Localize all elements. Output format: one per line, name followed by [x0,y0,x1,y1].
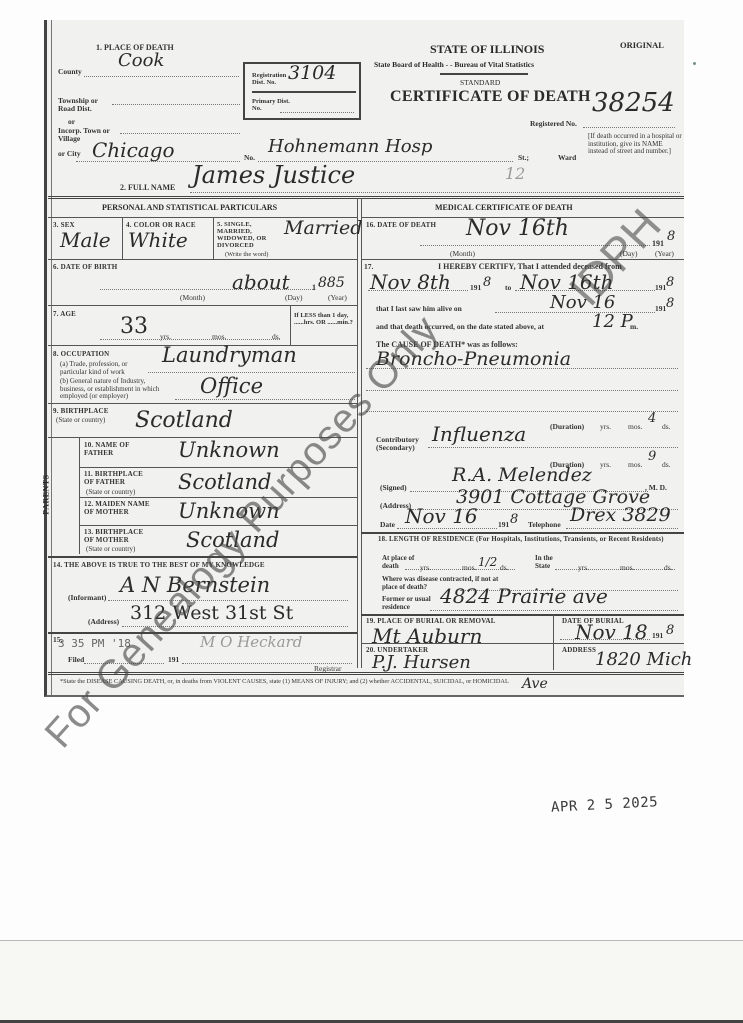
attended-from-value: Nov 8th [370,272,451,292]
marital-status-label: 5. SINGLE, MARRIED, WIDOWED, OR DIVORCED [217,221,287,250]
telephone-value: Drex 3829 [570,506,671,525]
telephone-label: Telephone [528,521,561,529]
registered-no-label: Registered No. [530,120,577,128]
full-name-label: 2. FULL NAME [120,184,175,193]
birthplace-hint: (State or country) [56,417,105,425]
contributory-ds-caption: ds. [662,461,671,469]
cause-duration-yrs-caption: yrs. [600,423,611,431]
received-date-stamp: APR 2 5 2025 [551,794,659,816]
race-value: White [128,230,188,250]
sex-value: Male [60,230,111,250]
city-value: Chicago [92,140,175,160]
title-divider [440,73,528,75]
cause-duration-label: (Duration) [550,423,584,431]
last-seen-year-prefix: 191 [655,305,666,313]
at-place-duration-value: 1/2 [478,556,497,568]
father-birthplace-hint: (State or country) [86,489,135,497]
filed-year-prefix: 191 [168,656,179,664]
signed-date-label: Date [380,521,395,529]
standard-label: STANDARD [460,78,500,87]
township-label: Township or Road Dist. [58,97,108,114]
burial-date-value: Nov 18 [575,622,648,642]
occupation-trade-value: Laundryman [162,345,297,366]
age-years-value: 33 [120,316,148,338]
in-state-ds-caption: ds. [664,564,673,572]
contributory-cause-value: Influenza [432,424,526,444]
margin-note: 12 [505,166,525,182]
in-state-yrs-caption: yrs. [578,564,589,572]
primary-dist-label: Primary Dist. No. [252,98,292,112]
certificate-title: CERTIFICATE OF DEATH [390,88,591,106]
date-of-birth-value: about [232,272,290,292]
month-caption: (Month) [180,294,205,302]
age-mos-caption: mos. [212,333,226,341]
registered-no-value: 38254 [592,90,675,116]
contributory-duration-value: 9 [648,450,656,463]
age-yrs-caption: yrs. [160,333,171,341]
mother-name-label: 12. MAIDEN NAME OF MOTHER [84,501,154,516]
in-state-mos-caption: mos. [620,564,634,572]
age-ds-caption: ds. [272,333,281,341]
copy-type-label: ORIGINAL [620,40,664,50]
burial-year-prefix: 191 [652,632,663,640]
registrar-signature: M O Heckard [200,635,302,650]
city-label: or City [58,150,88,158]
father-name-value: Unknown [178,440,280,461]
less-than-day-label: If LESS than 1 day, ......hrs. OR ......… [294,312,356,326]
date-of-birth-label: 6. DATE OF BIRTH [53,264,117,272]
death-year-caption: (Year) [655,250,674,258]
father-name-label: 10. NAME OF FATHER [84,442,144,457]
occupation-trade-label: (a) Trade, profession, or particular kin… [60,361,155,376]
physician-signature: R.A. Melendez [452,466,592,485]
to-label: to [505,284,511,292]
state-heading: STATE OF ILLINOIS [430,42,544,57]
burial-year-value: 8 [666,624,674,637]
attended-to-year-value: 8 [666,276,674,289]
contributory-mos-caption: mos. [628,461,642,469]
mother-birthplace-label: 13. BIRTHPLACE OF MOTHER [84,529,144,544]
day-caption: (Day) [285,294,303,302]
date-of-death-value: Nov 16th [466,218,569,240]
year-caption: (Year) [328,294,347,302]
registration-dist-value: 3104 [288,64,336,83]
cause-duration-ds-caption: ds. [662,423,671,431]
county-value: Cook [118,52,164,70]
scanned-page: ORIGINAL STATE OF ILLINOIS State Board o… [0,0,743,940]
last-seen-year-value: 8 [666,297,674,310]
father-birthplace-label: 11. BIRTHPLACE OF FATHER [84,471,144,486]
attended-from-year-prefix: 191 [470,284,481,292]
scanner-bed-strip [0,940,743,1023]
occupation-industry-value: Office [200,376,263,397]
age-label: 7. AGE [53,311,76,319]
attended-to-year-prefix: 191 [655,284,666,292]
occupation-label: 8. OCCUPATION [53,351,109,359]
cause-duration-value: 4 [648,412,656,425]
marital-status-hint: (Write the word) [225,251,268,258]
street-suffix-label: St.; [518,154,529,162]
mother-birthplace-hint: (State or country) [86,546,135,554]
death-time-meridiem-label: m. [630,323,638,331]
full-name-value: James Justice [192,163,355,187]
birthplace-label: 9. BIRTHPLACE [53,408,109,416]
birth-year-prefix: 1 [312,284,316,293]
signed-year-value: 8 [510,513,518,526]
informant-address-label: (Address) [88,618,119,626]
cause-duration-mos-caption: mos. [628,423,642,431]
street-value: Hohnemann Hosp [268,138,432,156]
personal-particulars-heading: PERSONAL AND STATISTICAL PARTICULARS [102,203,277,212]
ward-label: Ward [558,154,576,162]
county-label: County [58,68,82,76]
physician-signed-label: (Signed) [380,484,407,492]
marital-status-value: Married [284,219,362,238]
birthplace-value: Scotland [135,410,233,432]
at-place-ds-caption: ds. [500,564,509,572]
former-residence-value: 4824 Prairie ave [440,586,608,606]
or-label: or [68,118,75,126]
date-of-death-label: 16. DATE OF DEATH [366,222,436,230]
hospital-note: [If death occurred in a hospital or inst… [588,133,683,156]
contributory-yrs-caption: yrs. [600,461,611,469]
birth-year-value: 885 [318,276,345,290]
occupation-industry-label: (b) General nature of Industry, business… [60,378,170,401]
signed-date-value: Nov 16 [405,506,478,526]
parents-section-label: PARENTS [52,445,82,555]
medical-certificate-heading: MEDICAL CERTIFICATE OF DEATH [435,203,573,212]
signed-year-prefix: 191 [498,521,509,529]
undertaker-address-extra: Ave [522,677,548,691]
at-place-mos-caption: mos. [462,564,476,572]
filed-label: Filed [68,656,84,664]
registration-dist-label: Registration Dist. No. [252,72,292,86]
undertaker-address-label: ADDRESS [562,647,596,655]
undertaker-value: P.J. Hursen [372,654,471,672]
contributory-cause-label: Contributory (Secondary) [376,436,426,453]
undertaker-address-value: 1820 Mich [595,651,692,669]
death-month-caption: (Month) [450,250,475,258]
residence-heading: 18. LENGTH OF RESIDENCE (For Hospitals, … [378,536,678,543]
informant-label: (Informant) [68,594,106,602]
at-place-yrs-caption: yrs. [420,564,431,572]
attended-from-year-value: 8 [483,276,491,289]
board-heading: State Board of Health - - Bureau of Vita… [374,60,534,69]
